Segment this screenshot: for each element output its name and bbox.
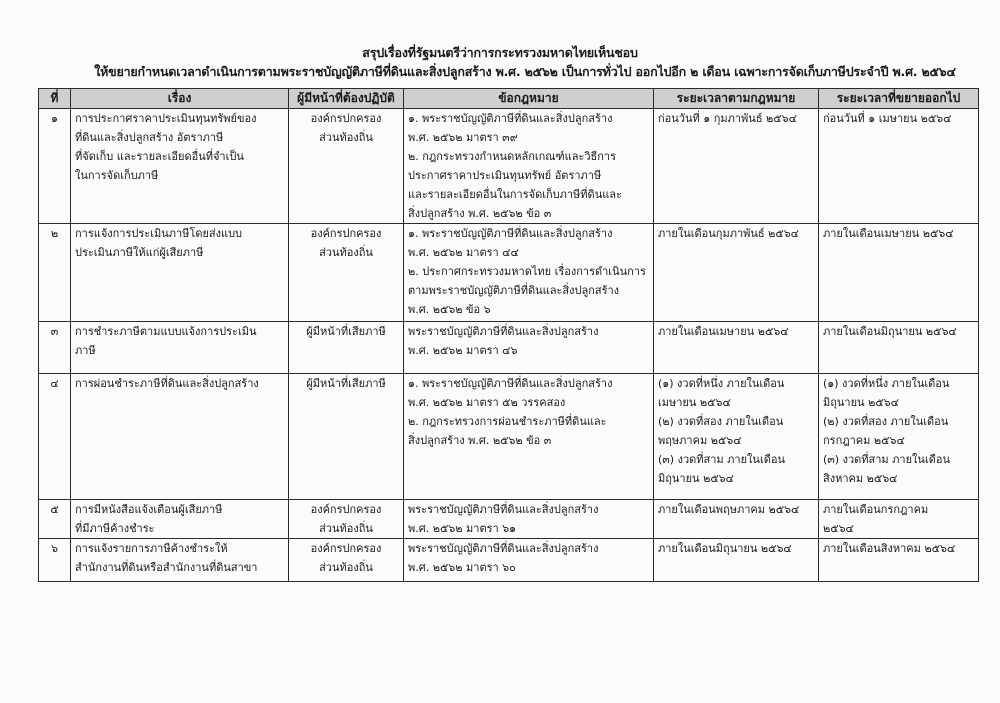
cell-line: สำนักงานที่ดินหรือสำนักงานที่ดินสาขา	[75, 558, 284, 577]
cell-line: (๑) งวดที่หนึ่ง ภายในเดือน	[823, 374, 974, 393]
cell-legal-period: ภายในเดือนพฤษภาคม ๒๕๖๔	[654, 500, 819, 539]
cell-line: สิงหาคม ๒๕๖๔	[823, 469, 974, 488]
cell-law: ๑. พระราชบัญญัติภาษีที่ดินและสิ่งปลูกสร้…	[404, 109, 654, 224]
cell-line: การชำระภาษีตามแบบแจ้งการประเมิน	[75, 322, 284, 341]
table-row: ๖การแจ้งรายการภาษีค้างชำระให้สำนักงานที่…	[39, 539, 979, 582]
cell-line: ภายในเดือนมิถุนายน ๒๕๖๔	[658, 539, 814, 558]
cell-extended-period: ภายในเดือนสิงหาคม ๒๕๖๔	[819, 539, 979, 582]
cell-law: พระราชบัญญัติภาษีที่ดินและสิ่งปลูกสร้างพ…	[404, 322, 654, 374]
header-legal-period: ระยะเวลาตามกฎหมาย	[654, 89, 819, 109]
cell-line: การมีหนังสือแจ้งเตือนผู้เสียภาษี	[75, 500, 284, 519]
cell-responsible: องค์กรปกครองส่วนท้องถิ่น	[289, 500, 404, 539]
cell-extended-period: (๑) งวดที่หนึ่ง ภายในเดือนมิถุนายน ๒๕๖๔(…	[819, 374, 979, 500]
table-row: ๑การประกาศราคาประเมินทุนทรัพย์ของที่ดินแ…	[39, 109, 979, 224]
cell-line: การแจ้งรายการภาษีค้างชำระให้	[75, 539, 284, 558]
cell-responsible: องค์กรปกครองส่วนท้องถิ่น	[289, 109, 404, 224]
cell-extended-period: ภายในเดือนมิถุนายน ๒๕๖๔	[819, 322, 979, 374]
cell-responsible: องค์กรปกครองส่วนท้องถิ่น	[289, 224, 404, 322]
cell-legal-period: ภายในเดือนมิถุนายน ๒๕๖๔	[654, 539, 819, 582]
cell-law: พระราชบัญญัติภาษีที่ดินและสิ่งปลูกสร้างพ…	[404, 500, 654, 539]
cell-line: ภายในเดือนพฤษภาคม ๒๕๖๔	[658, 500, 814, 519]
cell-line: ประเมินภาษีให้แก่ผู้เสียภาษี	[75, 243, 284, 262]
header-subject: เรื่อง	[71, 89, 289, 109]
cell-line: พระราชบัญญัติภาษีที่ดินและสิ่งปลูกสร้าง	[408, 539, 649, 558]
cell-line: (๓) งวดที่สาม ภายในเดือน	[823, 450, 974, 469]
cell-responsible: องค์กรปกครองส่วนท้องถิ่น	[289, 539, 404, 582]
cell-line: ๒. ประกาศกระทรวงมหาดไทย เรื่องการดำเนินก…	[408, 262, 649, 281]
cell-line: ประกาศราคาประเมินทุนทรัพย์ อัตราภาษี	[408, 166, 649, 185]
cell-line: สิ่งปลูกสร้าง พ.ศ. ๒๕๖๒ ข้อ ๓	[408, 204, 649, 223]
cell-line: พ.ศ. ๒๕๖๒ มาตรา ๖๑	[408, 519, 649, 538]
cell-law: ๑. พระราชบัญญัติภาษีที่ดินและสิ่งปลูกสร้…	[404, 224, 654, 322]
cell-line: พฤษภาคม ๒๕๖๔	[658, 431, 814, 450]
cell-extended-period: ภายในเดือนกรกฎาคม๒๕๖๔	[819, 500, 979, 539]
cell-line: ก่อนวันที่ ๑ กุมภาพันธ์ ๒๕๖๔	[658, 109, 814, 128]
cell-line: ผู้มีหน้าที่เสียภาษี	[293, 322, 399, 341]
cell-line: มิถุนายน ๒๕๖๔	[658, 469, 814, 488]
cell-line: ภายในเดือนมิถุนายน ๒๕๖๔	[823, 322, 974, 341]
cell-legal-period: (๑) งวดที่หนึ่ง ภายในเดือนเมษายน ๒๕๖๔(๒)…	[654, 374, 819, 500]
cell-legal-period: ก่อนวันที่ ๑ กุมภาพันธ์ ๒๕๖๔	[654, 109, 819, 224]
cell-subject: การมีหนังสือแจ้งเตือนผู้เสียภาษีที่มีภาษ…	[71, 500, 289, 539]
cell-law: พระราชบัญญัติภาษีที่ดินและสิ่งปลูกสร้างพ…	[404, 539, 654, 582]
cell-line: เมษายน ๒๕๖๔	[658, 393, 814, 412]
cell-line: (๑) งวดที่หนึ่ง ภายในเดือน	[658, 374, 814, 393]
cell-line: ๒๕๖๔	[823, 519, 974, 538]
table-row: ๕การมีหนังสือแจ้งเตือนผู้เสียภาษีที่มีภา…	[39, 500, 979, 539]
cell-line: ตามพระราชบัญญัติภาษีที่ดินและสิ่งปลูกสร้…	[408, 281, 649, 300]
cell-no: ๖	[39, 539, 71, 582]
cell-line: ผู้มีหน้าที่เสียภาษี	[293, 374, 399, 393]
cell-line: ส่วนท้องถิ่น	[293, 558, 399, 577]
cell-line: ส่วนท้องถิ่น	[293, 128, 399, 147]
table-row: ๔การผ่อนชำระภาษีที่ดินและสิ่งปลูกสร้างผู…	[39, 374, 979, 500]
cell-line: (๒) งวดที่สอง ภายในเดือน	[823, 412, 974, 431]
cell-no: ๒	[39, 224, 71, 322]
cell-no: ๕	[39, 500, 71, 539]
cell-line: สิ่งปลูกสร้าง พ.ศ. ๒๕๖๒ ข้อ ๓	[408, 431, 649, 450]
cell-law: ๑. พระราชบัญญัติภาษีที่ดินและสิ่งปลูกสร้…	[404, 374, 654, 500]
cell-line: ที่ดินและสิ่งปลูกสร้าง อัตราภาษี	[75, 128, 284, 147]
cell-line: การประกาศราคาประเมินทุนทรัพย์ของ	[75, 109, 284, 128]
cell-legal-period: ภายในเดือนกุมภาพันธ์ ๒๕๖๔	[654, 224, 819, 322]
cell-line: ที่มีภาษีค้างชำระ	[75, 519, 284, 538]
cell-line: พ.ศ. ๒๕๖๒ ข้อ ๖	[408, 300, 649, 319]
cell-line: ภายในเดือนสิงหาคม ๒๕๖๔	[823, 539, 974, 558]
cell-no: ๔	[39, 374, 71, 500]
cell-line: ส่วนท้องถิ่น	[293, 243, 399, 262]
cell-line: ภายในเดือนเมษายน ๒๕๖๔	[658, 322, 814, 341]
cell-line: ในการจัดเก็บภาษี	[75, 166, 284, 185]
cell-line: ๒. กฎกระทรวงกำหนดหลักเกณฑ์และวิธีการ	[408, 147, 649, 166]
cell-line: พ.ศ. ๒๕๖๒ มาตรา ๕๒ วรรคสอง	[408, 393, 649, 412]
cell-line: (๒) งวดที่สอง ภายในเดือน	[658, 412, 814, 431]
cell-line: กรกฎาคม ๒๕๖๔	[823, 431, 974, 450]
cell-line: องค์กรปกครอง	[293, 500, 399, 519]
cell-line: ที่จัดเก็บ และรายละเอียดอื่นที่จำเป็น	[75, 147, 284, 166]
cell-extended-period: ก่อนวันที่ ๑ เมษายน ๒๕๖๔	[819, 109, 979, 224]
header-no: ที่	[39, 89, 71, 109]
table-row: ๓การชำระภาษีตามแบบแจ้งการประเมินภาษีผู้ม…	[39, 322, 979, 374]
cell-line: ภายในเดือนเมษายน ๒๕๖๔	[823, 224, 974, 243]
cell-no: ๓	[39, 322, 71, 374]
cell-subject: การแจ้งการประเมินภาษีโดยส่งแบบประเมินภาษ…	[71, 224, 289, 322]
cell-no: ๑	[39, 109, 71, 224]
cell-line: องค์กรปกครอง	[293, 224, 399, 243]
cell-line: ๑. พระราชบัญญัติภาษีที่ดินและสิ่งปลูกสร้…	[408, 374, 649, 393]
cell-subject: การแจ้งรายการภาษีค้างชำระให้สำนักงานที่ด…	[71, 539, 289, 582]
cell-line: และรายละเอียดอื่นในการจัดเก็บภาษีที่ดินแ…	[408, 185, 649, 204]
table-header-row: ที่ เรื่อง ผู้มีหน้าที่ต้องปฏิบัติ ข้อกฎ…	[39, 89, 979, 109]
cell-line: องค์กรปกครอง	[293, 539, 399, 558]
cell-line: การผ่อนชำระภาษีที่ดินและสิ่งปลูกสร้าง	[75, 374, 284, 393]
cell-line: ส่วนท้องถิ่น	[293, 519, 399, 538]
cell-line: ๑. พระราชบัญญัติภาษีที่ดินและสิ่งปลูกสร้…	[408, 224, 649, 243]
cell-line: ก่อนวันที่ ๑ เมษายน ๒๕๖๔	[823, 109, 974, 128]
cell-line: การแจ้งการประเมินภาษีโดยส่งแบบ	[75, 224, 284, 243]
cell-subject: การชำระภาษีตามแบบแจ้งการประเมินภาษี	[71, 322, 289, 374]
cell-line: พระราชบัญญัติภาษีที่ดินและสิ่งปลูกสร้าง	[408, 500, 649, 519]
document-title: สรุปเรื่องที่รัฐมนตรีว่าการกระทรวงมหาดไท…	[0, 43, 1000, 63]
cell-line: มิถุนายน ๒๕๖๔	[823, 393, 974, 412]
cell-subject: การผ่อนชำระภาษีที่ดินและสิ่งปลูกสร้าง	[71, 374, 289, 500]
cell-extended-period: ภายในเดือนเมษายน ๒๕๖๔	[819, 224, 979, 322]
cell-legal-period: ภายในเดือนเมษายน ๒๕๖๔	[654, 322, 819, 374]
cell-line: พ.ศ. ๒๕๖๒ มาตรา ๔๔	[408, 243, 649, 262]
cell-line: พ.ศ. ๒๕๖๒ มาตรา ๖๐	[408, 558, 649, 577]
cell-line: ภายในเดือนกรกฎาคม	[823, 500, 974, 519]
cell-line: พ.ศ. ๒๕๖๒ มาตรา ๔๖	[408, 341, 649, 360]
header-law: ข้อกฎหมาย	[404, 89, 654, 109]
document-subtitle: ให้ขยายกำหนดเวลาดำเนินการตามพระราชบัญญัต…	[50, 62, 1000, 82]
cell-line: พระราชบัญญัติภาษีที่ดินและสิ่งปลูกสร้าง	[408, 322, 649, 341]
summary-table: ที่ เรื่อง ผู้มีหน้าที่ต้องปฏิบัติ ข้อกฎ…	[38, 88, 979, 582]
cell-line: ภายในเดือนกุมภาพันธ์ ๒๕๖๔	[658, 224, 814, 243]
cell-line: ๒. กฎกระทรวงการผ่อนชำระภาษีที่ดินและ	[408, 412, 649, 431]
header-responsible: ผู้มีหน้าที่ต้องปฏิบัติ	[289, 89, 404, 109]
cell-line: ๑. พระราชบัญญัติภาษีที่ดินและสิ่งปลูกสร้…	[408, 109, 649, 128]
cell-line: ภาษี	[75, 341, 284, 360]
header-extended-period: ระยะเวลาที่ขยายออกไป	[819, 89, 979, 109]
cell-line: (๓) งวดที่สาม ภายในเดือน	[658, 450, 814, 469]
cell-line: พ.ศ. ๒๕๖๒ มาตรา ๓๙	[408, 128, 649, 147]
cell-responsible: ผู้มีหน้าที่เสียภาษี	[289, 322, 404, 374]
cell-subject: การประกาศราคาประเมินทุนทรัพย์ของที่ดินแล…	[71, 109, 289, 224]
cell-responsible: ผู้มีหน้าที่เสียภาษี	[289, 374, 404, 500]
cell-line: องค์กรปกครอง	[293, 109, 399, 128]
table-row: ๒การแจ้งการประเมินภาษีโดยส่งแบบประเมินภา…	[39, 224, 979, 322]
